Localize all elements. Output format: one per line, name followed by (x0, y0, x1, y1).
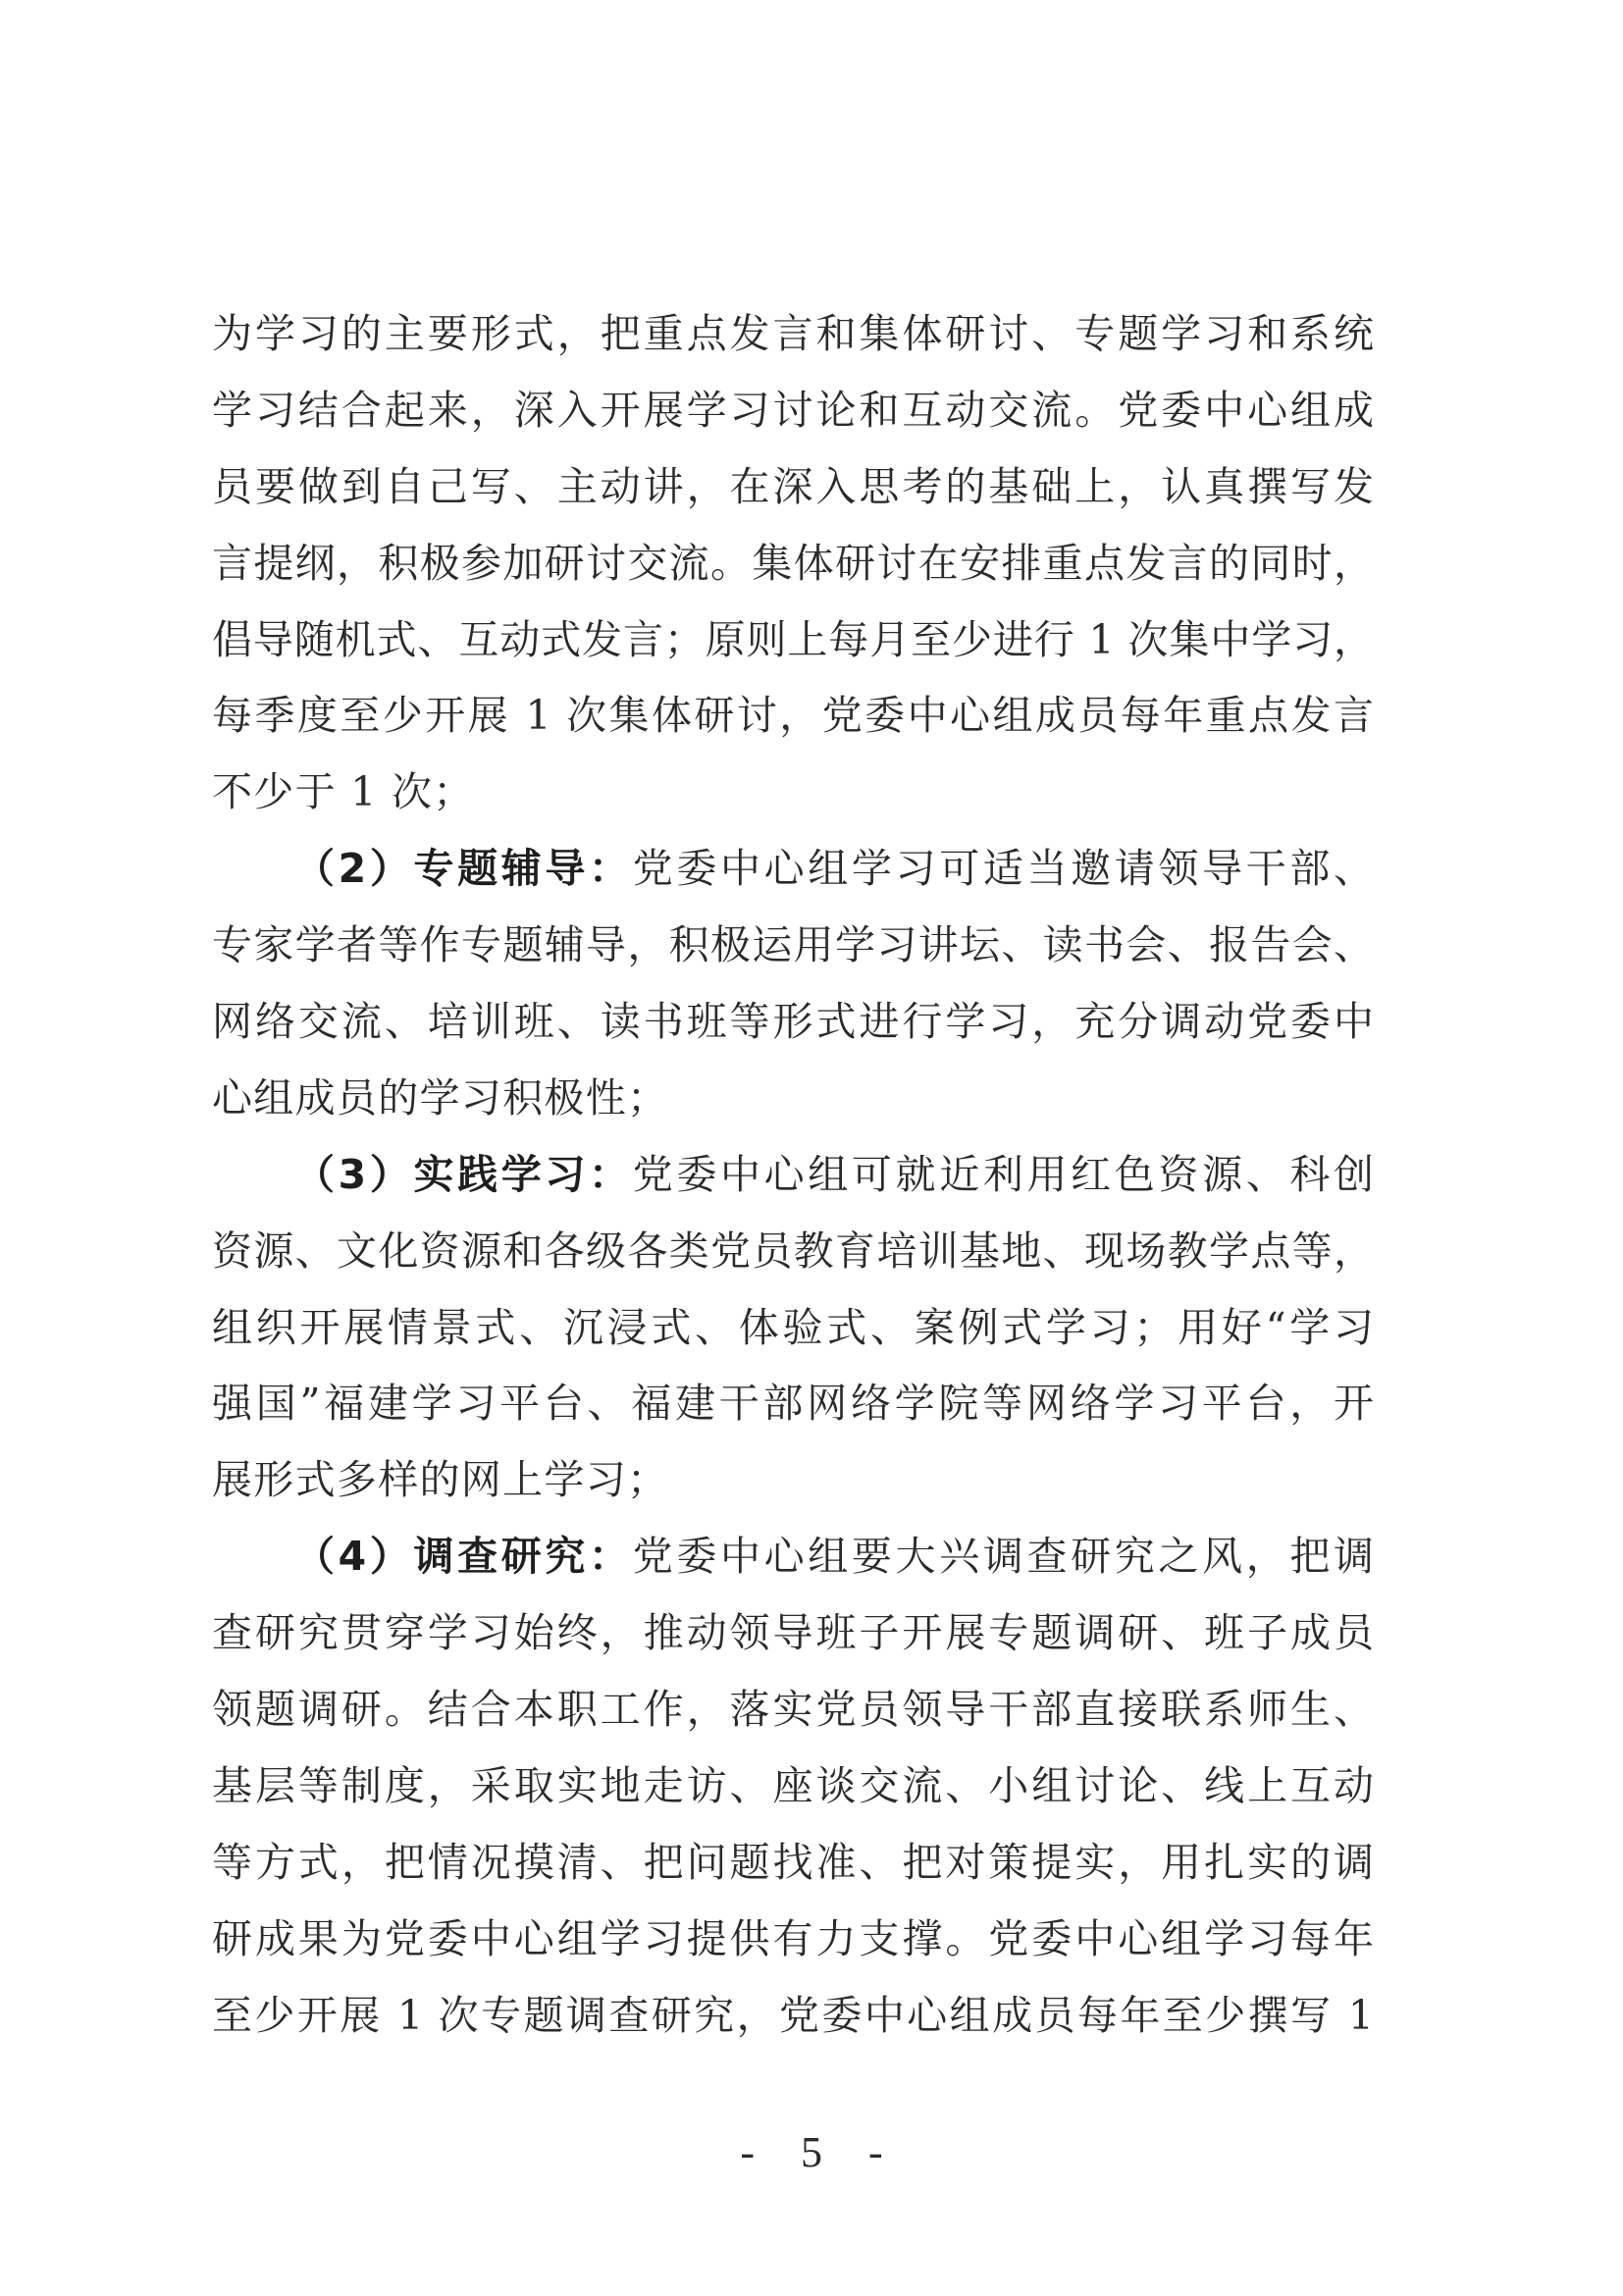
text-span: 党委中心组学习可适当邀请领导干部、 (633, 845, 1374, 892)
section-heading-practice-learning: （3）实践学习： (294, 1151, 633, 1198)
section-heading-line-4: （4）调查研究：党委中心组要大兴调查研究之风，把调 (212, 1519, 1374, 1595)
section-heading-line-3: （3）实践学习：党委中心组可就近利用红色资源、科创 (212, 1137, 1374, 1214)
text-line: 基层等制度，采取实地走访、座谈交流、小组讨论、线上互动 (212, 1748, 1374, 1825)
text-line: 网络交流、培训班、读书班等形式进行学习，充分调动党委中 (212, 984, 1374, 1061)
text-line: 等方式，把情况摸清、把问题找准、把对策提实，用扎实的调 (212, 1825, 1374, 1902)
section-heading-special-guidance: （2）专题辅导： (294, 845, 633, 892)
text-span: 党委中心组要大兴调查研究之风，把调 (633, 1533, 1374, 1580)
text-line: 强国”福建学习平台、福建干部网络学院等网络学习平台，开 (212, 1366, 1374, 1442)
text-line: 研成果为党委中心组学习提供有力支撑。党委中心组学习每年 (212, 1902, 1374, 1978)
text-line: 言提纲，积极参加研讨交流。集体研讨在安排重点发言的同时， (212, 526, 1374, 602)
text-line: 不少于 1 次； (212, 755, 1374, 831)
text-line: 展形式多样的网上学习； (212, 1442, 1374, 1519)
page-number: - 5 - (0, 2127, 1623, 2177)
text-line: 组织开展情景式、沉浸式、体验式、案例式学习；用好“学习 (212, 1290, 1374, 1367)
text-span: 党委中心组可就近利用红色资源、科创 (633, 1151, 1374, 1198)
document-page: 为学习的主要形式，把重点发言和集体研讨、专题学习和系统 学习结合起来，深入开展学… (0, 0, 1623, 2296)
text-line: 资源、文化资源和各级各类党员教育培训基地、现场教学点等， (212, 1214, 1374, 1290)
body-text: 为学习的主要形式，把重点发言和集体研讨、专题学习和系统 学习结合起来，深入开展学… (212, 296, 1374, 2054)
text-line: 倡导随机式、互动式发言；原则上每月至少进行 1 次集中学习， (212, 602, 1374, 679)
text-line: 学习结合起来，深入开展学习讨论和互动交流。党委中心组成 (212, 373, 1374, 449)
text-line: 领题调研。结合本职工作，落实党员领导干部直接联系师生、 (212, 1672, 1374, 1748)
text-line: 为学习的主要形式，把重点发言和集体研讨、专题学习和系统 (212, 296, 1374, 373)
text-line: 专家学者等作专题辅导，积极运用学习讲坛、读书会、报告会、 (212, 908, 1374, 984)
section-heading-line-2: （2）专题辅导：党委中心组学习可适当邀请领导干部、 (212, 831, 1374, 908)
text-line: 每季度至少开展 1 次集体研讨，党委中心组成员每年重点发言 (212, 678, 1374, 755)
text-line: 心组成员的学习积极性； (212, 1061, 1374, 1137)
text-line: 至少开展 1 次专题调查研究，党委中心组成员每年至少撰写 1 (212, 1978, 1374, 2055)
section-heading-investigation-research: （4）调查研究： (294, 1533, 633, 1580)
text-line: 查研究贯穿学习始终，推动领导班子开展专题调研、班子成员 (212, 1595, 1374, 1672)
text-line: 员要做到自己写、主动讲，在深入思考的基础上，认真撰写发 (212, 449, 1374, 526)
